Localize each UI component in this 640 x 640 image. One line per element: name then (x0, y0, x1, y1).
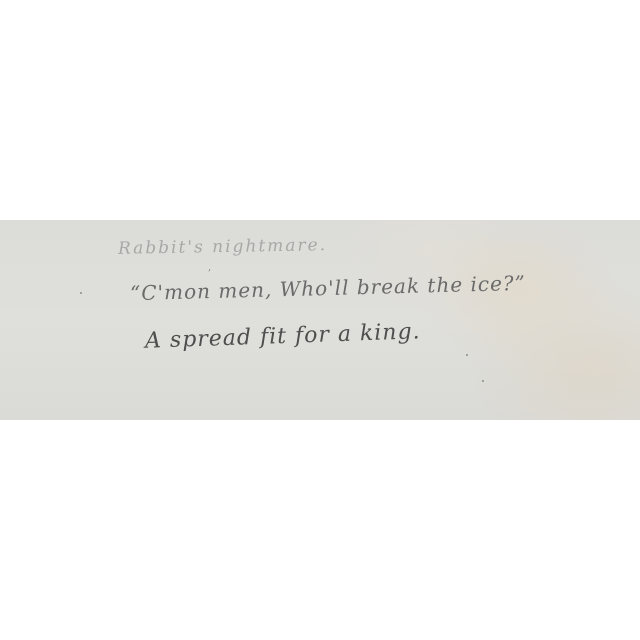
note-line-title: Rabbit's nightmare. (118, 235, 327, 259)
note-line-quote: “C'mon men, Who'll break the ice?” (130, 271, 526, 305)
pencil-dot (482, 380, 484, 382)
pencil-dot (466, 354, 468, 356)
paper-strip: Rabbit's nightmare. , “C'mon men, Who'll… (0, 220, 640, 420)
pencil-tick-mark: , (208, 262, 211, 273)
note-line-king: A spread fit for a king. (145, 319, 421, 354)
pencil-dot (80, 292, 82, 294)
photo-canvas: Rabbit's nightmare. , “C'mon men, Who'll… (0, 0, 640, 640)
